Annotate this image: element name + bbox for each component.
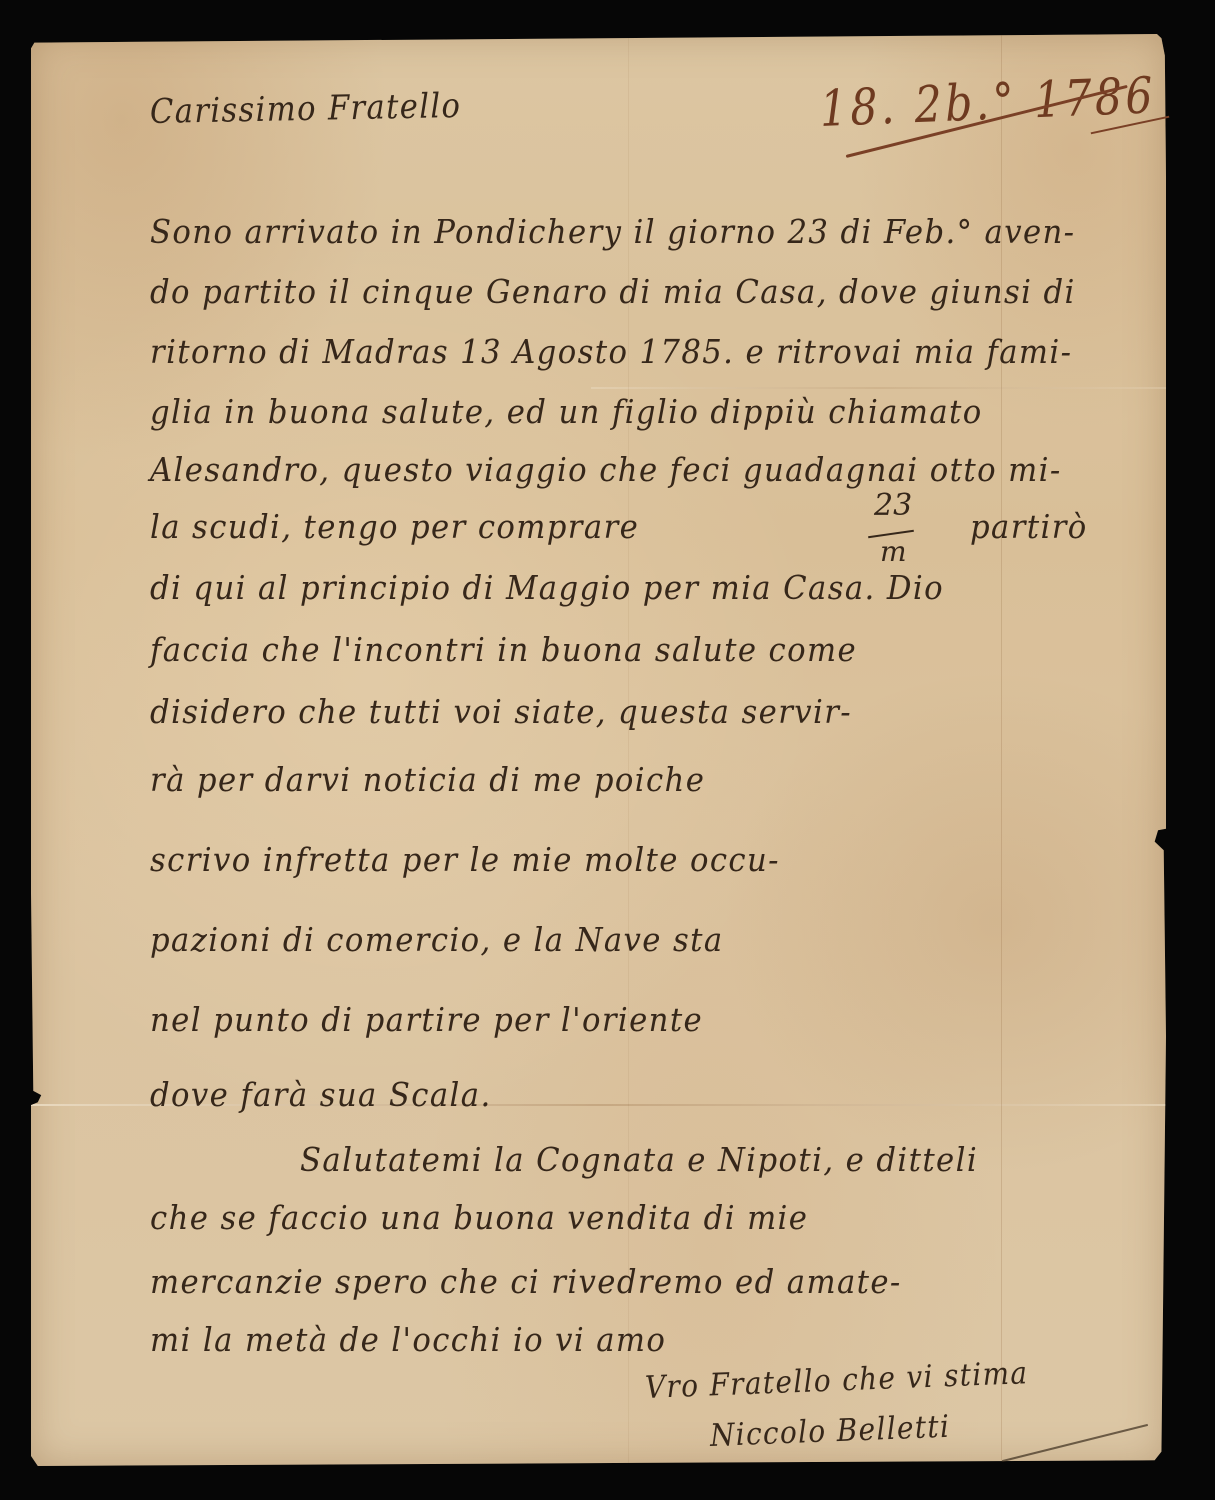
body-line-12: pazioni di comercio, e la Nave sta <box>150 920 724 959</box>
fold-crease-horizontal-upper <box>591 387 1166 389</box>
body-line-3: ritorno di Madras 13 Agosto 1785. e ritr… <box>150 332 1072 371</box>
body-line-5: Alesandro, questo viaggio che feci guada… <box>150 450 1062 489</box>
body-line-8: faccia che l'incontri in buona salute co… <box>150 630 857 669</box>
fraction-numerator: 23 <box>874 488 912 523</box>
body-line-2: do partito il cinque Genaro di mia Casa,… <box>150 272 1076 311</box>
closing-line-4: mi la metà de l'occhi io vi amo <box>150 1320 666 1359</box>
body-line-14: dove farà sua Scala. <box>150 1075 492 1114</box>
body-line-4: glia in buona salute, ed un figlio dippi… <box>150 392 983 431</box>
body-line-1: Sono arrivato in Pondichery il giorno 23… <box>150 212 1075 251</box>
body-line-7: di qui al principio di Maggio per mia Ca… <box>150 568 944 607</box>
salutation: Carissimo Fratello <box>150 86 462 132</box>
closing-line-1: Salutatemi la Cognata e Nipoti, e dittel… <box>300 1140 978 1179</box>
body-line-6: la scudi, tengo per comprare <box>150 507 639 546</box>
fraction-denominator: m <box>880 535 907 568</box>
body-line-9: disidero che tutti voi siate, questa ser… <box>150 692 852 731</box>
body-line-11: scrivo infretta per le mie molte occu- <box>150 840 780 879</box>
body-line-6-continuation: partirò <box>970 507 1088 546</box>
closing-line-2: che se faccio una buona vendita di mie <box>150 1198 808 1237</box>
closing-line-3: mercanzie spero che ci rivedremo ed amat… <box>150 1262 902 1301</box>
body-line-13: nel punto di partire per l'oriente <box>150 1000 703 1039</box>
body-line-10: rà per darvi noticia di me poiche <box>150 760 705 799</box>
